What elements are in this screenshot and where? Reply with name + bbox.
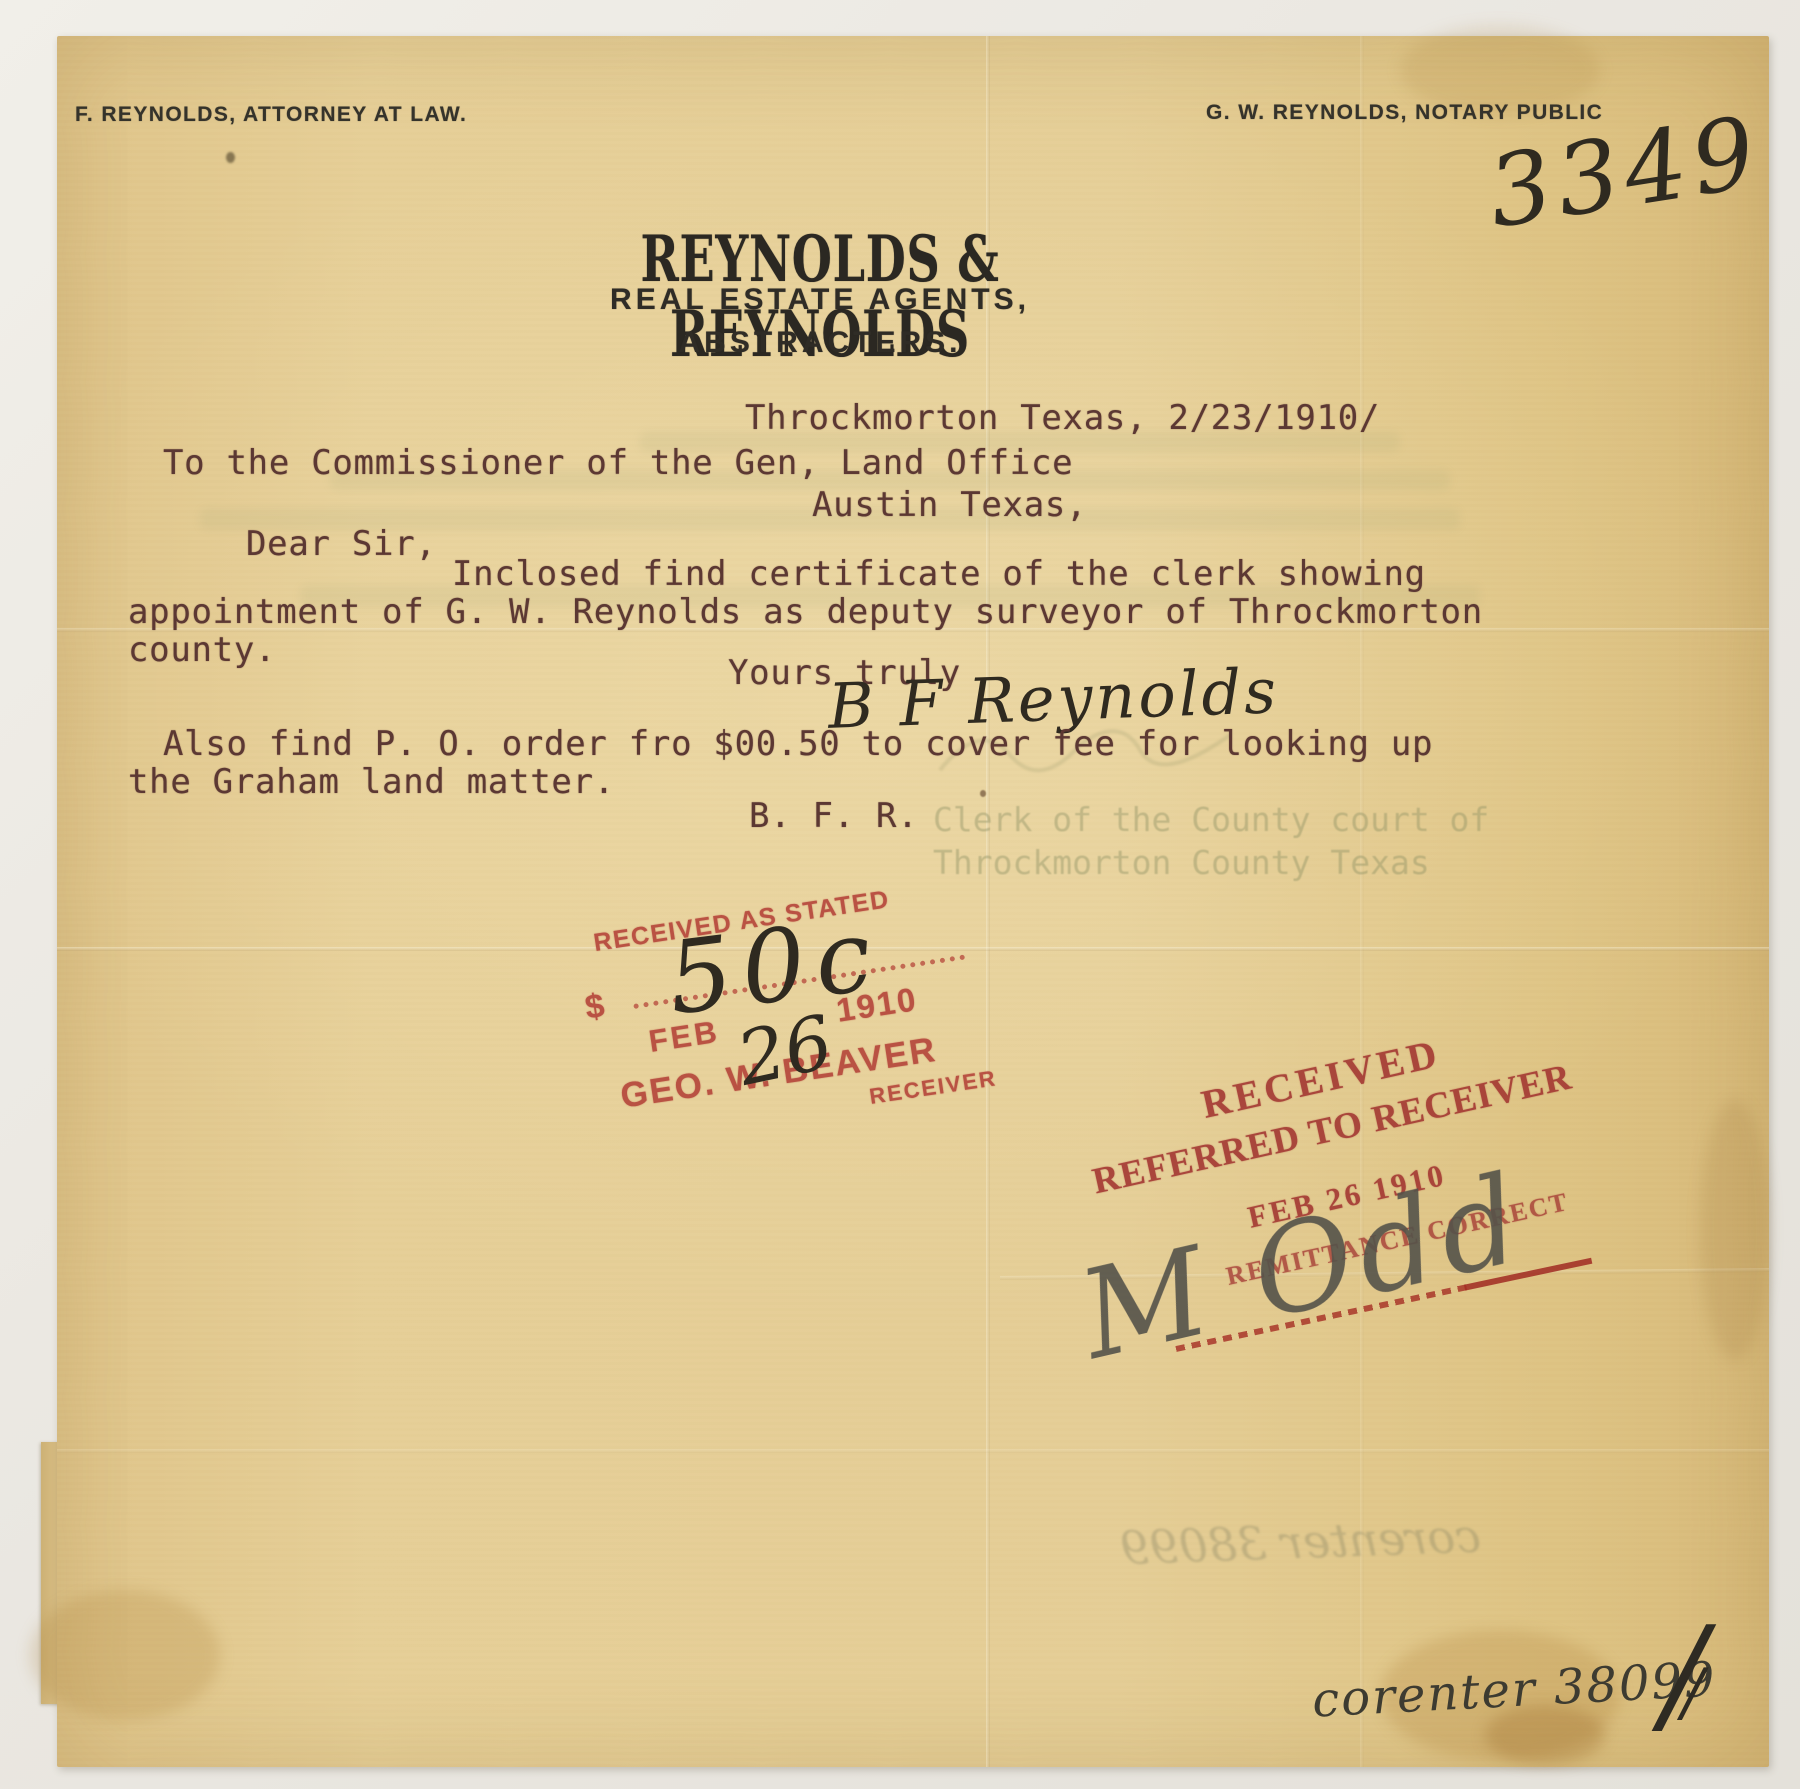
corner-tally-mark: ∕ xyxy=(1682,1656,1704,1730)
vertical-crease-right xyxy=(1360,36,1364,1767)
letterhead-right-caption: G. W. REYNOLDS, NOTARY PUBLIC xyxy=(1206,101,1603,125)
letterhead-left-caption: F. REYNOLDS, ATTORNEY AT LAW. xyxy=(75,103,467,127)
bleedthrough-line: Clerk of the County court of xyxy=(933,800,1489,839)
address-line-2: Austin Texas, xyxy=(812,485,1087,525)
dateline: Throckmorton Texas, 2/23/1910/ xyxy=(745,398,1380,438)
stain-right-edge xyxy=(1700,1100,1770,1360)
address-line-1: To the Commissioner of the Gen, Land Off… xyxy=(163,443,1073,483)
scanned-letter-canvas: Clerk of the County court of Throckmorto… xyxy=(0,0,1800,1789)
body-line-1: Inclosed find certificate of the clerk s… xyxy=(452,554,1426,594)
firm-subtitle-1: REAL ESTATE AGENTS, xyxy=(380,283,1260,317)
body-line-2: appointment of G. W. Reynolds as deputy … xyxy=(128,592,1483,632)
sender-initials: B. F. R. xyxy=(749,796,918,836)
stain-bottom-left xyxy=(30,1590,220,1720)
horizontal-fold-crease-3 xyxy=(57,1449,1769,1453)
postscript-line-2: the Graham land matter. xyxy=(128,762,615,802)
bleedthrough-line: Throckmorton County Texas xyxy=(933,843,1430,882)
salutation: Dear Sir, xyxy=(246,524,437,564)
firm-subtitle-2: ABSTRACTERS. xyxy=(380,326,1260,360)
body-line-3: county. xyxy=(128,630,276,670)
ink-speck xyxy=(226,152,235,163)
postscript-line-1: Also find P. O. order fro $00.50 to cove… xyxy=(163,724,1433,764)
